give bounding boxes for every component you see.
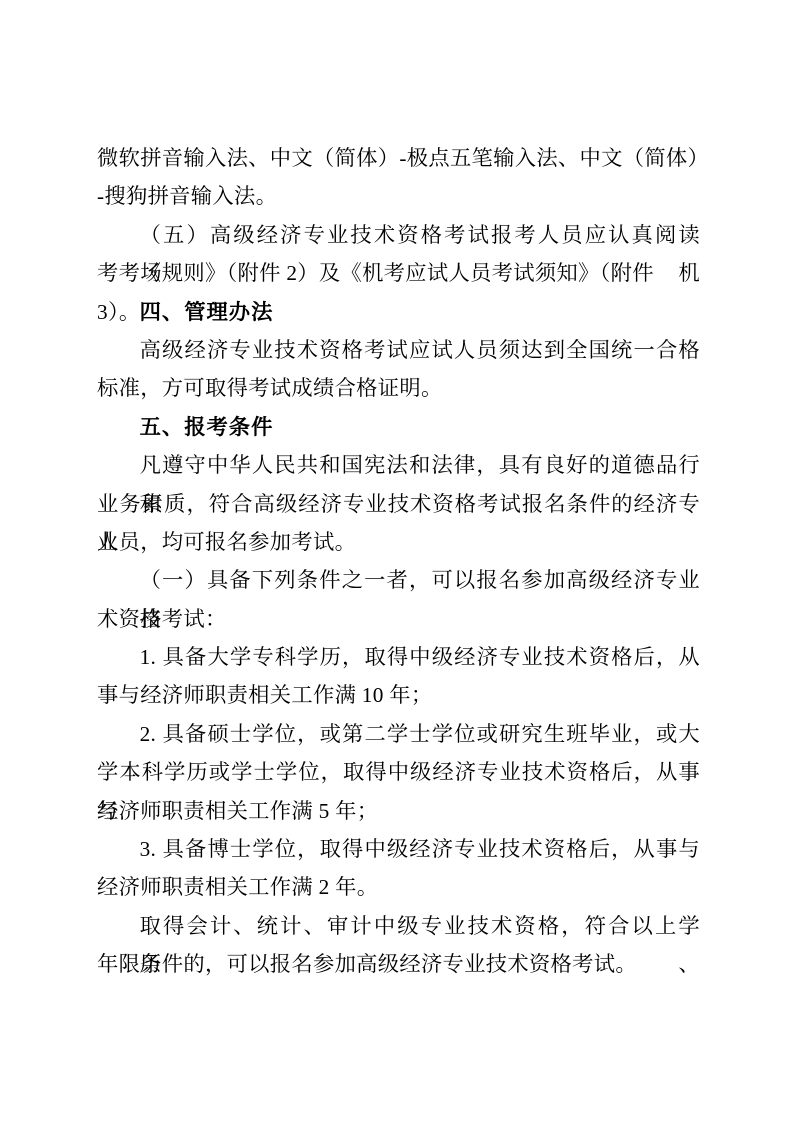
paragraph: 取得会计、统计、审计中级专业技术资格，符合以上学历、年限条件的，可以报名参加高级… (97, 907, 700, 984)
text-line: 业务素质，符合高级经济专业技术资格考试报名条件的经济专业 (97, 485, 700, 523)
text-line: 高级经济专业技术资格考试应试人员须达到全国统一合格 (97, 331, 700, 369)
text-line: 取得会计、统计、审计中级专业技术资格，符合以上学历、 (97, 907, 700, 945)
text-line: 经济师职责相关工作满 5 年； (97, 792, 700, 830)
paragraph: 1. 具备大学专科学历，取得中级经济专业技术资格后，从事与经济师职责相关工作满 … (97, 638, 700, 715)
section-heading: 五、报考条件 (97, 408, 700, 446)
text-line: （一）具备下列条件之一者，可以报名参加高级经济专业技 (97, 561, 700, 599)
text-line: 年限条件的，可以报名参加高级经济专业技术资格考试。 (97, 945, 700, 983)
text-line: 标准，方可取得考试成绩合格证明。 (97, 369, 700, 407)
text-line: 考考场规则》（附件 2）及《机考应试人员考试须知》（附件 3）。 (97, 254, 700, 292)
heading-line: 五、报考条件 (97, 408, 700, 446)
paragraph: 高级经济专业技术资格考试应试人员须达到全国统一合格标准，方可取得考试成绩合格证明… (97, 331, 700, 408)
text-line: 学本科学历或学士学位，取得中级经济专业技术资格后，从事与 (97, 753, 700, 791)
text-line: 3. 具备博士学位，取得中级经济专业技术资格后，从事与 (97, 830, 700, 868)
paragraph: 凡遵守中华人民共和国宪法和法律，具有良好的道德品行和业务素质，符合高级经济专业技… (97, 446, 700, 561)
paragraph: 2. 具备硕士学位，或第二学士学位或研究生班毕业，或大学本科学历或学士学位，取得… (97, 715, 700, 830)
paragraph: 微软拼音输入法、中文（简体）-极点五笔输入法、中文（简体）-搜狗拼音输入法。 (97, 139, 700, 216)
text-line: 微软拼音输入法、中文（简体）-极点五笔输入法、中文（简体） (97, 139, 700, 177)
text-line: 凡遵守中华人民共和国宪法和法律，具有良好的道德品行和 (97, 446, 700, 484)
document-body: 微软拼音输入法、中文（简体）-极点五笔输入法、中文（简体）-搜狗拼音输入法。（五… (97, 139, 700, 984)
text-line: -搜狗拼音输入法。 (97, 177, 700, 215)
text-line: 事与经济师职责相关工作满 10 年； (97, 676, 700, 714)
text-line: 经济师职责相关工作满 2 年。 (97, 868, 700, 906)
text-line: 人员，均可报名参加考试。 (97, 523, 700, 561)
paragraph: （一）具备下列条件之一者，可以报名参加高级经济专业技术资格考试： (97, 561, 700, 638)
text-line: （五）高级经济专业技术资格考试报考人员应认真阅读《机 (97, 216, 700, 254)
text-line: 2. 具备硕士学位，或第二学士学位或研究生班毕业，或大 (97, 715, 700, 753)
paragraph: （五）高级经济专业技术资格考试报考人员应认真阅读《机考考场规则》（附件 2）及《… (97, 216, 700, 293)
text-line: 术资格考试： (97, 600, 700, 638)
document-page: 微软拼音输入法、中文（简体）-极点五笔输入法、中文（简体）-搜狗拼音输入法。（五… (0, 0, 794, 1123)
text-line: 1. 具备大学专科学历，取得中级经济专业技术资格后，从 (97, 638, 700, 676)
paragraph: 3. 具备博士学位，取得中级经济专业技术资格后，从事与经济师职责相关工作满 2 … (97, 830, 700, 907)
section-heading: 四、管理办法 (97, 293, 700, 331)
heading-line: 四、管理办法 (97, 293, 700, 331)
